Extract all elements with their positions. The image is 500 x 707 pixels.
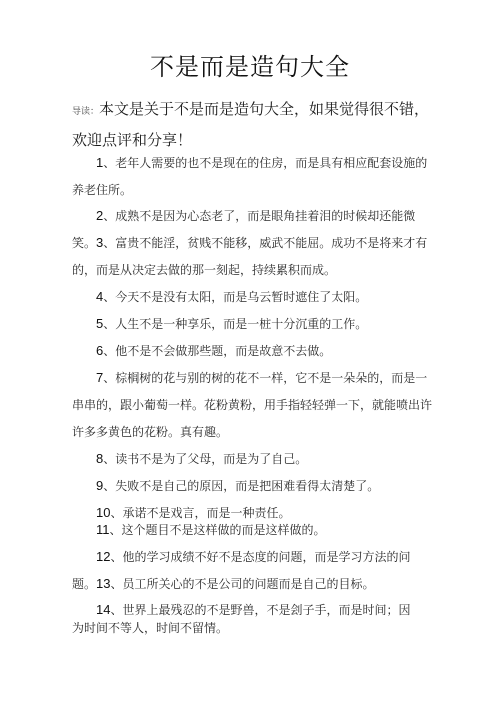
intro-tag: 导读： — [72, 107, 99, 117]
intro-text: 本文是关于不是而是造句大全，如果觉得很不错，欢迎点评和分享！ — [72, 100, 429, 149]
list-item: 9、失败不是自己的原因，而是把困难看得太清楚了。 — [72, 472, 434, 500]
intro-paragraph: 导读：本文是关于不是而是造句大全，如果觉得很不错，欢迎点评和分享！ — [72, 95, 434, 154]
list-item: 4、今天不是没有太阳，而是乌云暂时遮住了太阳。 — [72, 283, 434, 311]
list-item: 1、老年人需要的也不是现在的住房，而是具有相应配套设施的养老住所。 — [72, 149, 434, 204]
item-text: 、这个题目不是这样做的而是这样做的。 — [110, 523, 326, 537]
item-text: 、棕榈树的花与别的树的花不一样，它不是一朵朵的，而是一串串的，跟小葡萄一样。花粉… — [72, 371, 432, 439]
item-text: 、人生不是一种享乐，而是一桩十分沉重的工作。 — [103, 317, 367, 331]
list-item: 14、世界上最残忍的不是野兽，不是刽子手，而是时间；因为时间不等人，时间不留情。 — [72, 601, 412, 637]
item-text: 、富贵不能淫，贫贱不能移，威武不能屈。成功不是将来才有的，而是从决定去做的那一刻… — [72, 236, 427, 277]
list-item: 6、他不是不会做那些题，而是故意不去做。 — [72, 337, 434, 365]
list-item: 3、富贵不能淫，贫贱不能移，威武不能屈。成功不是将来才有的，而是从决定去做的那一… — [72, 229, 434, 284]
item-number: 13 — [96, 576, 110, 591]
item-number: 12 — [96, 549, 110, 564]
list-item: 5、人生不是一种享乐，而是一桩十分沉重的工作。 — [72, 310, 434, 338]
item-text: 、他不是不会做那些题，而是故意不去做。 — [103, 344, 331, 358]
item-text: 、今天不是没有太阳，而是乌云暂时遮住了太阳。 — [103, 290, 367, 304]
item-text: 、世界上最残忍的不是野兽，不是刽子手，而是时间；因为时间不等人，时间不留情。 — [72, 603, 410, 635]
item-text: 、读书不是为了父母，而是为了自己。 — [103, 452, 307, 466]
page-title: 不是而是造句大全 — [0, 52, 500, 82]
item-number: 14 — [96, 602, 110, 617]
item-text: 、员工所关心的不是公司的问题而是自己的目标。 — [110, 577, 374, 591]
item-number: 11 — [96, 522, 110, 537]
list-item: 13、员工所关心的不是公司的问题而是自己的目标。 — [72, 570, 434, 598]
item-text: 、失败不是自己的原因，而是把困难看得太清楚了。 — [103, 479, 379, 493]
document-page: 不是而是造句大全 导读：本文是关于不是而是造句大全，如果觉得很不错，欢迎点评和分… — [0, 0, 500, 707]
list-item: 8、读书不是为了父母，而是为了自己。 — [72, 445, 434, 473]
list-item: 7、棕榈树的花与别的树的花不一样，它不是一朵朵的，而是一串串的，跟小葡萄一样。花… — [72, 364, 434, 446]
item-text: 、老年人需要的也不是现在的住房，而是具有相应配套设施的养老住所。 — [72, 156, 427, 197]
list-item: 11、这个题目不是这样做的而是这样做的。 — [72, 516, 434, 544]
